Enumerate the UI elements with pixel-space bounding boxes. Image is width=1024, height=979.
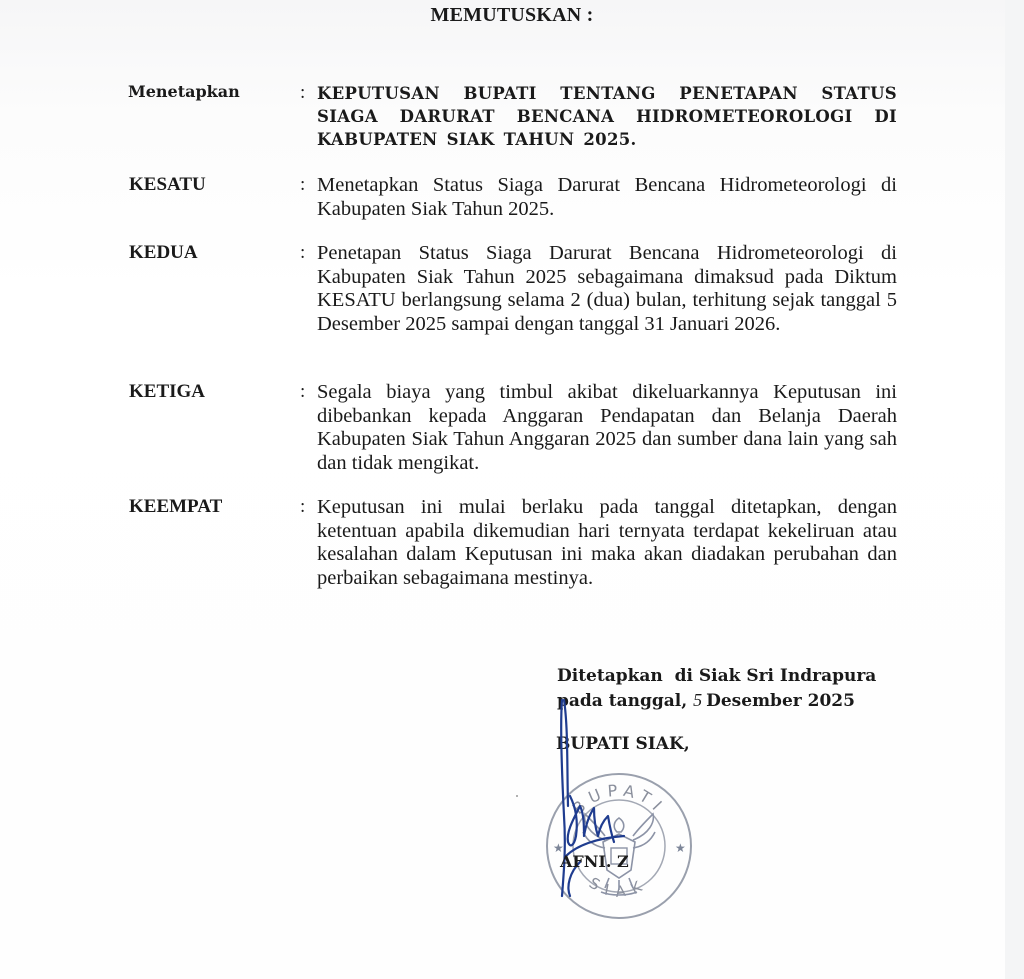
clause-text: Penetapan Status Siaga Darurat Bencana H…: [317, 242, 897, 336]
clause-label: KETIGA: [129, 381, 205, 403]
colon: :: [300, 242, 305, 264]
colon: :: [300, 496, 305, 518]
clause-label: KEEMPAT: [129, 496, 222, 518]
official-title: BUPATI SIAK,: [556, 734, 690, 754]
clause-text: Keputusan ini mulai berlaku pada tanggal…: [317, 496, 897, 590]
page-edge: [1005, 0, 1024, 979]
enactment-date: pada tanggal,5Desember 2025: [557, 688, 876, 713]
svg-text:BUPATI: BUPATI: [569, 781, 670, 819]
date-month-year: Desember 2025: [706, 691, 855, 711]
colon: :: [300, 82, 305, 104]
date-prefix: pada tanggal,: [557, 691, 687, 711]
speck: [516, 795, 518, 797]
decision-title: KEPUTUSAN BUPATI TENTANG PENETAPAN STATU…: [317, 82, 897, 151]
decision-label: Menetapkan: [128, 82, 240, 101]
colon: :: [300, 174, 305, 196]
decree-heading: MEMUTUSKAN :: [0, 4, 1024, 27]
enactment-block: Ditetapkan di Siak Sri Indrapura pada ta…: [557, 664, 876, 713]
signer-name: AFNI. Z: [560, 852, 629, 871]
official-stamp-icon: BUPATI SIAK ★ ★: [543, 770, 695, 922]
clause-text: Menetapkan Status Siaga Darurat Bencana …: [317, 174, 897, 221]
handwritten-day: 5: [693, 690, 702, 710]
svg-text:★: ★: [675, 841, 686, 855]
enactment-place: Ditetapkan di Siak Sri Indrapura: [557, 664, 876, 688]
clause-label: KEDUA: [129, 242, 198, 264]
clause-text: Segala biaya yang timbul akibat dikeluar…: [317, 381, 897, 475]
clause-label: KESATU: [129, 174, 206, 196]
colon: :: [300, 381, 305, 403]
